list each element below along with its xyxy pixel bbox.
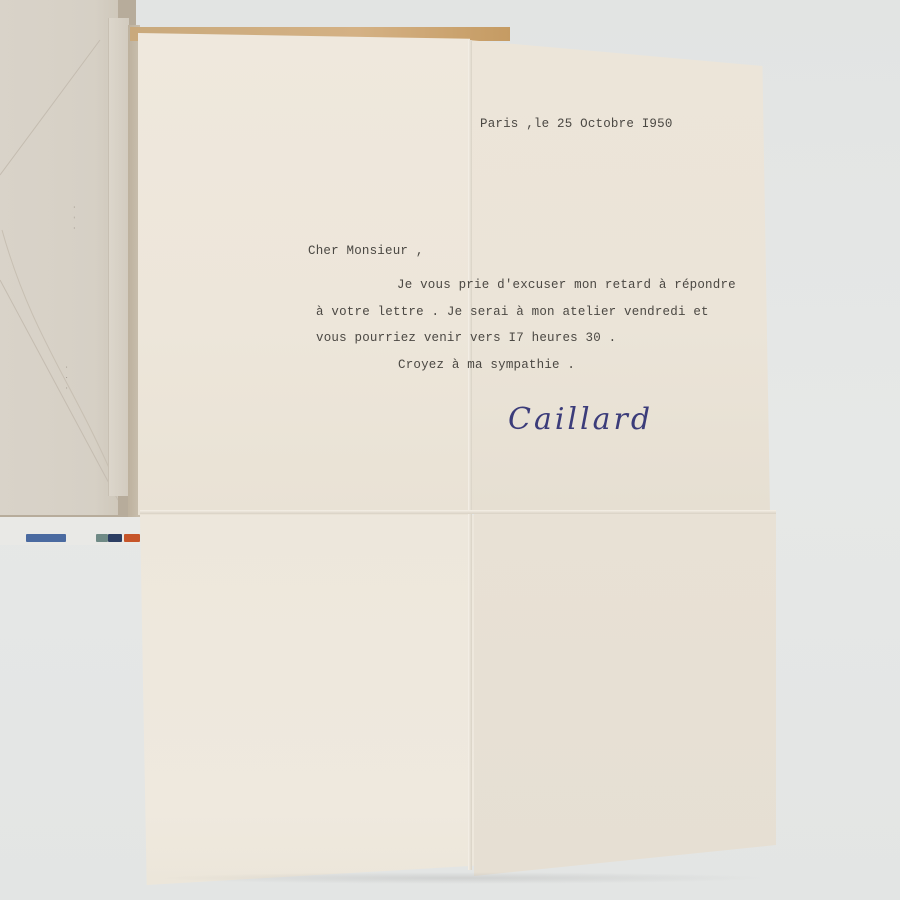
letter-panel-top-right <box>468 40 770 512</box>
letter-shadow <box>150 872 770 884</box>
letter-panel-bottom-left <box>140 515 474 885</box>
letter: Paris ,le 25 Octobre I950 Cher Monsieur … <box>0 0 900 900</box>
letter-panel-top-left <box>138 33 470 515</box>
horizontal-fold-line <box>140 510 776 514</box>
vertical-fold-line <box>468 40 472 870</box>
salutation: Cher Monsieur , <box>308 244 424 258</box>
body-line: Je vous prie d'excuser mon retard à répo… <box>397 278 736 292</box>
closing-line: Croyez à ma sympathie . <box>398 358 575 372</box>
handwritten-signature: Caillard <box>508 402 653 437</box>
letter-panel-bottom-right <box>474 512 776 876</box>
body-line: à votre lettre . Je serai à mon atelier … <box>316 305 709 319</box>
body-line: vous pourriez venir vers I7 heures 30 . <box>316 331 616 345</box>
date-line: Paris ,le 25 Octobre I950 <box>480 117 673 131</box>
